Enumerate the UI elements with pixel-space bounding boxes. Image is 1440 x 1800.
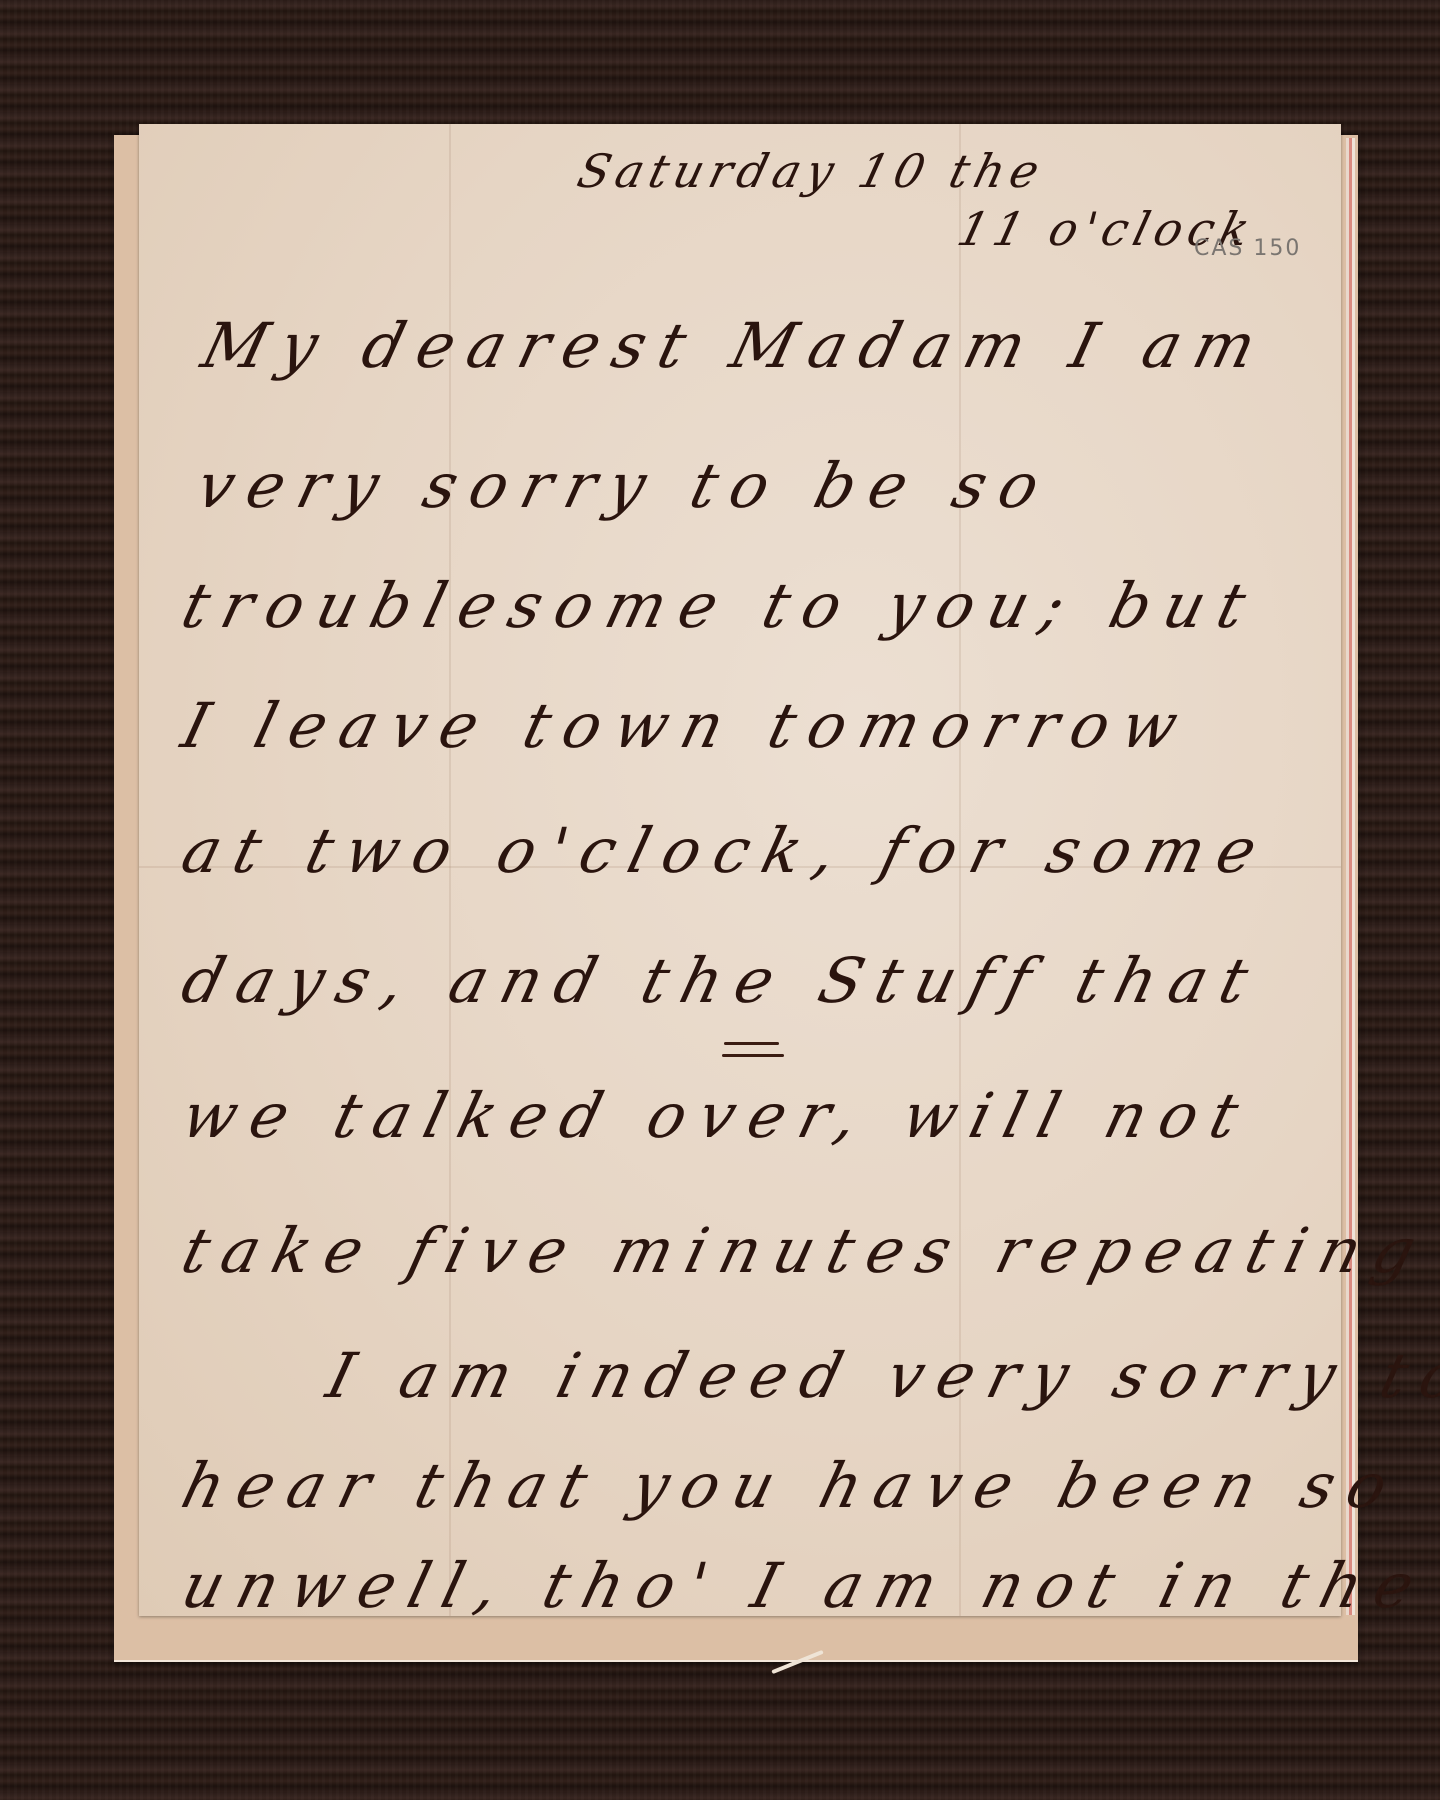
- letter-line: at two o'clock, for some: [175, 814, 1278, 887]
- underline-mark: [722, 1054, 784, 1057]
- letter-line: troublesome to you; but: [175, 569, 1267, 642]
- letter-line: I am indeed very sorry to: [320, 1339, 1440, 1412]
- archive-pencil-note: CAS 150: [1194, 236, 1301, 261]
- underline-mark: [724, 1042, 779, 1045]
- letter-line: My dearest Madam I am: [195, 309, 1277, 382]
- letter-line: hear that you have been so: [175, 1449, 1409, 1522]
- letter-line: take five minutes repeating: [175, 1214, 1437, 1287]
- letter-line: very sorry to be so: [190, 449, 1061, 522]
- letter-line: days, and the Stuff that: [175, 944, 1269, 1017]
- letter-line: unwell, tho' I am not in the: [175, 1549, 1435, 1622]
- letter-page: Saturday 10 the 11 o'clock CAS 150 My de…: [139, 124, 1341, 1616]
- letter-line: we talked over, will not: [175, 1079, 1260, 1152]
- dateline-day: Saturday 10 the: [572, 144, 1050, 198]
- letter-line: I leave town tomorrow: [175, 689, 1199, 762]
